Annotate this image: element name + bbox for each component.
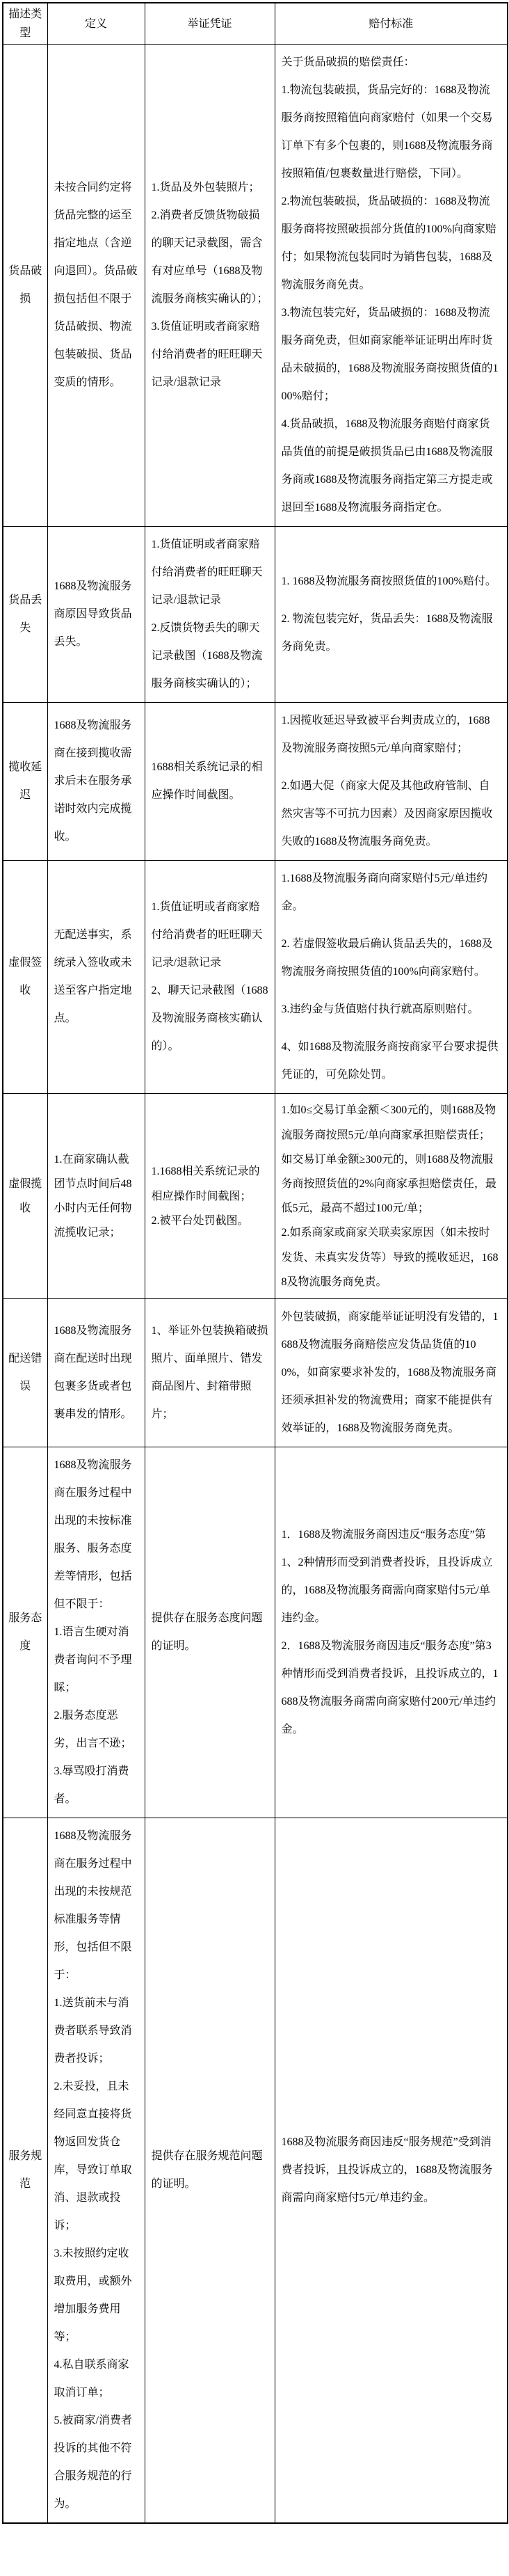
column-header-definition: 定义 xyxy=(47,3,145,45)
cell-paragraph: 1688及物流服务商因违反“服务规范”受到消费者投诉，且投诉成立的，1688及物… xyxy=(282,2129,501,2212)
cell-type: 配送错误 xyxy=(3,1298,47,1447)
cell-paragraph: 1688及物流服务商在接到揽收需求后未在服务承诺时效内完成揽收。 xyxy=(54,712,138,851)
cell-paragraph: 1.货值证明或者商家赔付给消费者的旺旺聊天记录/退款记录 xyxy=(152,531,268,614)
cell-paragraph: 2.服务态度恶劣，出言不逊； xyxy=(54,1702,138,1758)
cell-definition: 1688及物流服务商在配送时出现包裹多货或者包裹串发的情形。 xyxy=(47,1298,145,1447)
table-row: 货品丢失1688及物流服务商原因导致货品丢失。1.货值证明或者商家赔付给消费者的… xyxy=(3,527,508,703)
cell-paragraph: 1688及物流服务商在服务过程中出现的未按标准服务、服务态度差等情形，包括但不限… xyxy=(54,1452,138,1619)
cell-paragraph: 1.因揽收延迟导致被平台判责成立的，1688及物流服务商按照5元/单向商家赔付； xyxy=(282,707,501,763)
cell-paragraph: 提供存在服务态度问题的证明。 xyxy=(152,1605,268,1660)
cell-evidence: 1.货值证明或者商家赔付给消费者的旺旺聊天记录/退款记录2、聊天记录截图（168… xyxy=(145,861,275,1094)
table-row: 服务规范1688及物流服务商在服务过程中出现的未按规范标准服务等情形，包括但不限… xyxy=(3,1818,508,2523)
cell-paragraph: 1.语言生硬对消费者询问不予理睬； xyxy=(54,1619,138,1702)
column-header-evidence: 举证凭证 xyxy=(145,3,275,45)
cell-definition: 1688及物流服务商原因导致货品丢失。 xyxy=(47,527,145,703)
cell-paragraph: 2.被平台处罚截图。 xyxy=(152,1209,268,1233)
cell-paragraph: 外包装破损，商家能举证证明没有发错的，1688及物流服务商赔偿应发货品货值的10… xyxy=(282,1303,501,1442)
cell-paragraph: 1.货品及外包装照片； xyxy=(152,174,268,202)
cell-standard: 1. 1688及物流服务商按照货值的100%赔付。2. 物流包装完好，货品丢失：… xyxy=(275,527,508,703)
cell-paragraph: 关于货品破损的赔偿责任： xyxy=(282,49,501,77)
cell-paragraph: 1.1688相关系统记录的相应操作时间截图； xyxy=(152,1159,268,1208)
cell-paragraph: 提供存在服务规范问题的证明。 xyxy=(152,2142,268,2198)
table-row: 揽收延迟1688及物流服务商在接到揽收需求后未在服务承诺时效内完成揽收。1688… xyxy=(3,703,508,861)
cell-standard: 关于货品破损的赔偿责任：1.物流包装破损，货品完好的：1688及物流服务商按照箱… xyxy=(275,45,508,527)
cell-standard: 1.1688及物流服务商向商家赔付5元/单违约金。2. 若虚假签收最后确认货品丢… xyxy=(275,861,508,1094)
cell-evidence: 1、举证外包装换箱破损照片、面单照片、错发商品图片、封箱带照片； xyxy=(145,1298,275,1447)
cell-paragraph: 2．1688及物流服务商因违反“服务态度”第3种情形而受到消费者投诉，且投诉成立… xyxy=(282,1632,501,1744)
cell-paragraph: 1688及物流服务商在服务过程中出现的未按规范标准服务等情形，包括但不限于： xyxy=(54,1822,138,1989)
cell-paragraph: 3.违约金与货值赔付执行就高原则赔付。 xyxy=(282,996,501,1024)
table-row: 虚假揽收1.在商家确认截团节点时间后48小时内无任何物流揽收记录；1.1688相… xyxy=(3,1094,508,1299)
document-page: 描述类型 定义 举证凭证 赔付标准 货品破损未按合同约定将货品完整的运至指定地点… xyxy=(0,0,509,2576)
cell-paragraph: 3.未按照约定收取费用，或额外增加服务费用等； xyxy=(54,2240,138,2351)
cell-paragraph: 1. 1688及物流服务商按照货值的100%赔付。 xyxy=(282,568,501,596)
cell-paragraph: 2.未妥投，且未经同意直接将货物返回发货仓库，导致订单取消、退款或投诉； xyxy=(54,2073,138,2240)
cell-paragraph: 1688及物流服务商原因导致货品丢失。 xyxy=(54,573,138,656)
table-row: 货品破损未按合同约定将货品完整的运至指定地点（含逆向退回）。货品破损包括但不限于… xyxy=(3,45,508,527)
cell-paragraph: 2.物流包装破损，货品破损的：1688及物流服务商将按照破损部分货值的100%向… xyxy=(282,188,501,299)
cell-paragraph: 1688相关系统记录的相应操作时间截图。 xyxy=(152,754,268,809)
cell-paragraph: 1、举证外包装换箱破损照片、面单照片、错发商品图片、封箱带照片； xyxy=(152,1317,268,1429)
cell-type: 服务态度 xyxy=(3,1447,47,1818)
cell-paragraph: 2.如遇大促（商家大促及其他政府管制、自然灾害等不可抗力因素）及因商家原因揽收失… xyxy=(282,772,501,856)
cell-evidence: 1.1688相关系统记录的相应操作时间截图；2.被平台处罚截图。 xyxy=(145,1094,275,1299)
cell-paragraph: 1.在商家确认截团节点时间后48小时内无任何物流揽收记录； xyxy=(54,1147,138,1246)
cell-paragraph: 4.货品破损，1688及物流服务商赔付商家货品货值的前提是破损货品已由1688及… xyxy=(282,411,501,522)
cell-standard: 1688及物流服务商因违反“服务规范”受到消费者投诉，且投诉成立的，1688及物… xyxy=(275,1818,508,2523)
cell-paragraph: 无配送事实，系统录入签收或未送至客户指定地点。 xyxy=(54,921,138,1033)
cell-paragraph: 2.如系商家或商家关联卖家原因（如未按时发货、未真实发货等）导致的揽收延迟，16… xyxy=(282,1221,501,1294)
header-row: 描述类型 定义 举证凭证 赔付标准 xyxy=(3,3,508,45)
cell-definition: 无配送事实，系统录入签收或未送至客户指定地点。 xyxy=(47,861,145,1094)
cell-paragraph: 2. 若虚假签收最后确认货品丢失的，1688及物流服务商按照货值的100%向商家… xyxy=(282,930,501,986)
cell-paragraph: 未按合同约定将货品完整的运至指定地点（含逆向退回）。货品破损包括但不限于货品破损… xyxy=(54,174,138,397)
cell-standard: 1.因揽收延迟导致被平台判责成立的，1688及物流服务商按照5元/单向商家赔付；… xyxy=(275,703,508,861)
column-header-type: 描述类型 xyxy=(3,3,47,45)
cell-paragraph: 2.反馈货物丢失的聊天记录截图（1688及物流服务商核实确认的）； xyxy=(152,614,268,698)
cell-paragraph: 1.货值证明或者商家赔付给消费者的旺旺聊天记录/退款记录 xyxy=(152,893,268,977)
cell-definition: 未按合同约定将货品完整的运至指定地点（含逆向退回）。货品破损包括但不限于货品破损… xyxy=(47,45,145,527)
cell-evidence: 提供存在服务态度问题的证明。 xyxy=(145,1447,275,1818)
cell-type: 服务规范 xyxy=(3,1818,47,2523)
cell-standard: 外包装破损，商家能举证证明没有发错的，1688及物流服务商赔偿应发货品货值的10… xyxy=(275,1298,508,1447)
cell-type: 揽收延迟 xyxy=(3,703,47,861)
cell-paragraph: 1.送货前未与消费者联系导致消费者投诉； xyxy=(54,1989,138,2073)
cell-definition: 1688及物流服务商在服务过程中出现的未按标准服务、服务态度差等情形，包括但不限… xyxy=(47,1447,145,1818)
cell-standard: 1．1688及物流服务商因违反“服务态度”第1、2种情形而受到消费者投诉，且投诉… xyxy=(275,1447,508,1818)
cell-type: 虚假签收 xyxy=(3,861,47,1094)
cell-paragraph: 1.如0≤交易订单金额＜300元的，则1688及物流服务商按照5元/单向商家承担… xyxy=(282,1098,501,1221)
cell-evidence: 1.货值证明或者商家赔付给消费者的旺旺聊天记录/退款记录2.反馈货物丢失的聊天记… xyxy=(145,527,275,703)
cell-paragraph: 2、聊天记录截图（1688及物流服务商核实确认的）。 xyxy=(152,977,268,1060)
cell-paragraph: 3.物流包装完好，货品破损的：1688及物流服务商免责，但如商家能举证证明出库时… xyxy=(282,299,501,411)
table-row: 配送错误1688及物流服务商在配送时出现包裹多货或者包裹串发的情形。1、举证外包… xyxy=(3,1298,508,1447)
cell-definition: 1688及物流服务商在接到揽收需求后未在服务承诺时效内完成揽收。 xyxy=(47,703,145,861)
cell-paragraph: 1.1688及物流服务商向商家赔付5元/单违约金。 xyxy=(282,865,501,921)
cell-paragraph: 2. 物流包装完好，货品丢失：1688及物流服务商免责。 xyxy=(282,605,501,661)
cell-paragraph: 1.物流包装破损，货品完好的：1688及物流服务商按照箱值向商家赔付（如果一个交… xyxy=(282,77,501,188)
cell-paragraph: 5.被商家/消费者投诉的其他不符合服务规范的行为。 xyxy=(54,2407,138,2518)
cell-paragraph: 1688及物流服务商在配送时出现包裹多货或者包裹串发的情形。 xyxy=(54,1317,138,1429)
cell-type: 虚假揽收 xyxy=(3,1094,47,1299)
compensation-table: 描述类型 定义 举证凭证 赔付标准 货品破损未按合同约定将货品完整的运至指定地点… xyxy=(2,2,508,2524)
cell-definition: 1.在商家确认截团节点时间后48小时内无任何物流揽收记录； xyxy=(47,1094,145,1299)
cell-paragraph: 3.辱骂殴打消费者。 xyxy=(54,1758,138,1813)
table-row: 虚假签收无配送事实，系统录入签收或未送至客户指定地点。1.货值证明或者商家赔付给… xyxy=(3,861,508,1094)
cell-evidence: 1688相关系统记录的相应操作时间截图。 xyxy=(145,703,275,861)
cell-paragraph: 1．1688及物流服务商因违反“服务态度”第1、2种情形而受到消费者投诉，且投诉… xyxy=(282,1521,501,1632)
cell-standard: 1.如0≤交易订单金额＜300元的，则1688及物流服务商按照5元/单向商家承担… xyxy=(275,1094,508,1299)
cell-type: 货品丢失 xyxy=(3,527,47,703)
cell-evidence: 1.货品及外包装照片；2.消费者反馈货物破损的聊天记录截图，需含有对应单号（16… xyxy=(145,45,275,527)
column-header-standard: 赔付标准 xyxy=(275,3,508,45)
cell-paragraph: 4、如1688及物流服务商按商家平台要求提供凭证的，可免除处罚。 xyxy=(282,1033,501,1089)
cell-paragraph: 4.私自联系商家取消订单； xyxy=(54,2351,138,2407)
cell-definition: 1688及物流服务商在服务过程中出现的未按规范标准服务等情形，包括但不限于：1.… xyxy=(47,1818,145,2523)
table-row: 服务态度1688及物流服务商在服务过程中出现的未按标准服务、服务态度差等情形，包… xyxy=(3,1447,508,1818)
cell-paragraph: 2.消费者反馈货物破损的聊天记录截图，需含有对应单号（1688及物流服务商核实确… xyxy=(152,202,268,313)
cell-type: 货品破损 xyxy=(3,45,47,527)
cell-evidence: 提供存在服务规范问题的证明。 xyxy=(145,1818,275,2523)
cell-paragraph: 3.货值证明或者商家赔付给消费者的旺旺聊天记录/退款记录 xyxy=(152,313,268,397)
